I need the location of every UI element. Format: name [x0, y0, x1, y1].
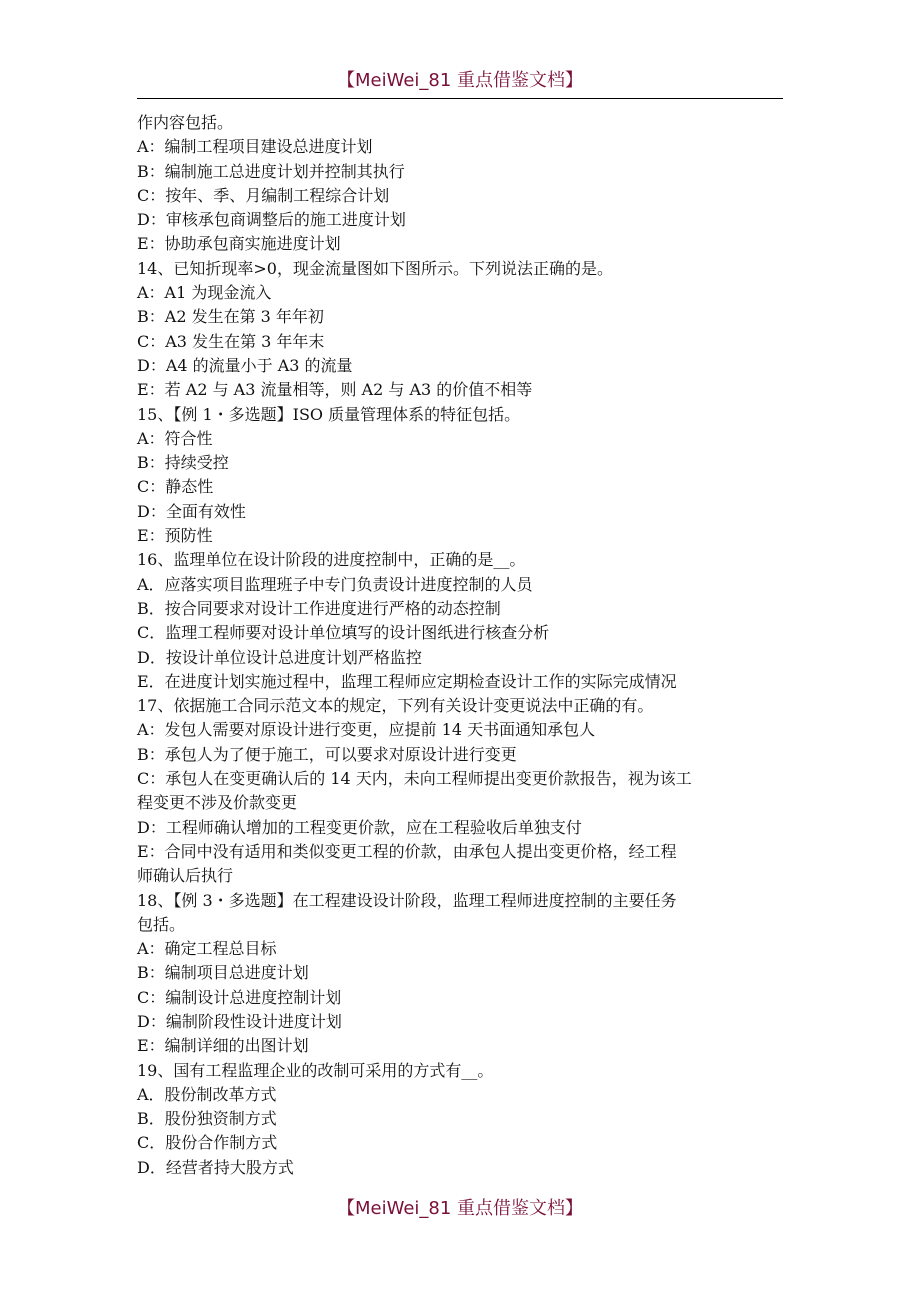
page-footer: 【MeiWei_81 重点借鉴文档】 [137, 1196, 783, 1222]
option-line: B：持续受控 [137, 451, 777, 475]
option-line: D．经营者持大股方式 [137, 1156, 777, 1180]
page-header: 【MeiWei_81 重点借鉴文档】 [137, 68, 783, 94]
option-line: B：编制项目总进度计划 [137, 961, 777, 985]
option-line-continued: 师确认后执行 [137, 864, 777, 888]
question-15: 15、【例 1・多选题】ISO 质量管理体系的特征包括。 [137, 403, 777, 427]
option-line: A：确定工程总目标 [137, 937, 777, 961]
option-line: D：编制阶段性设计进度计划 [137, 1010, 777, 1034]
option-line: A：发包人需要对原设计进行变更，应提前 14 天书面通知承包人 [137, 718, 777, 742]
text-line: 作内容包括。 [137, 111, 777, 135]
question-18: 18、【例 3・多选题】在工程建设设计阶段，监理工程师进度控制的主要任务 [137, 889, 777, 913]
option-line: E：若 A2 与 A3 流量相等，则 A2 与 A3 的价值不相等 [137, 378, 777, 402]
option-line: D：A4 的流量小于 A3 的流量 [137, 354, 777, 378]
question-18-continued: 包括。 [137, 913, 777, 937]
option-line: B：承包人为了便于施工，可以要求对原设计进行变更 [137, 743, 777, 767]
document-body: 作内容包括。 A：编制工程项目建设总进度计划 B：编制施工总进度计划并控制其执行… [137, 111, 777, 1180]
option-line: A：符合性 [137, 427, 777, 451]
option-line: C：承包人在变更确认后的 14 天内，未向工程师提出变更价款报告，视为该工 [137, 767, 777, 791]
option-line: C：按年、季、月编制工程综合计划 [137, 184, 777, 208]
option-line: A：A1 为现金流入 [137, 281, 777, 305]
option-line: E．在进度计划实施过程中，监理工程师应定期检查设计工作的实际完成情况 [137, 670, 777, 694]
option-line: E：协助承包商实施进度计划 [137, 232, 777, 256]
option-line-continued: 程变更不涉及价款变更 [137, 791, 777, 815]
option-line: E：合同中没有适用和类似变更工程的价款，由承包人提出变更价格，经工程 [137, 840, 777, 864]
question-17: 17、依据施工合同示范文本的规定，下列有关设计变更说法中正确的有。 [137, 694, 777, 718]
option-line: B：编制施工总进度计划并控制其执行 [137, 160, 777, 184]
option-line: C：编制设计总进度控制计划 [137, 986, 777, 1010]
option-line: C：静态性 [137, 475, 777, 499]
option-line: B．股份独资制方式 [137, 1107, 777, 1131]
option-line: C：A3 发生在第 3 年年末 [137, 330, 777, 354]
question-16: 16、监理单位在设计阶段的进度控制中，正确的是__。 [137, 548, 777, 572]
option-line: C．监理工程师要对设计单位填写的设计图纸进行核查分析 [137, 621, 777, 645]
option-line: A：编制工程项目建设总进度计划 [137, 135, 777, 159]
option-line: D：工程师确认增加的工程变更价款，应在工程验收后单独支付 [137, 816, 777, 840]
option-line: B．按合同要求对设计工作进度进行严格的动态控制 [137, 597, 777, 621]
option-line: E：编制详细的出图计划 [137, 1034, 777, 1058]
option-line: B：A2 发生在第 3 年年初 [137, 305, 777, 329]
question-14: 14、已知折现率>0，现金流量图如下图所示。下列说法正确的是。 [137, 257, 777, 281]
option-line: A．股份制改革方式 [137, 1083, 777, 1107]
option-line: A．应落实项目监理班子中专门负责设计进度控制的人员 [137, 573, 777, 597]
document-page: 【MeiWei_81 重点借鉴文档】 作内容包括。 A：编制工程项目建设总进度计… [0, 0, 920, 1302]
option-line: C．股份合作制方式 [137, 1131, 777, 1155]
question-19: 19、国有工程监理企业的改制可采用的方式有__。 [137, 1059, 777, 1083]
option-line: E：预防性 [137, 524, 777, 548]
option-line: D：全面有效性 [137, 500, 777, 524]
option-line: D．按设计单位设计总进度计划严格监控 [137, 646, 777, 670]
option-line: D：审核承包商调整后的施工进度计划 [137, 208, 777, 232]
header-divider [137, 98, 783, 99]
